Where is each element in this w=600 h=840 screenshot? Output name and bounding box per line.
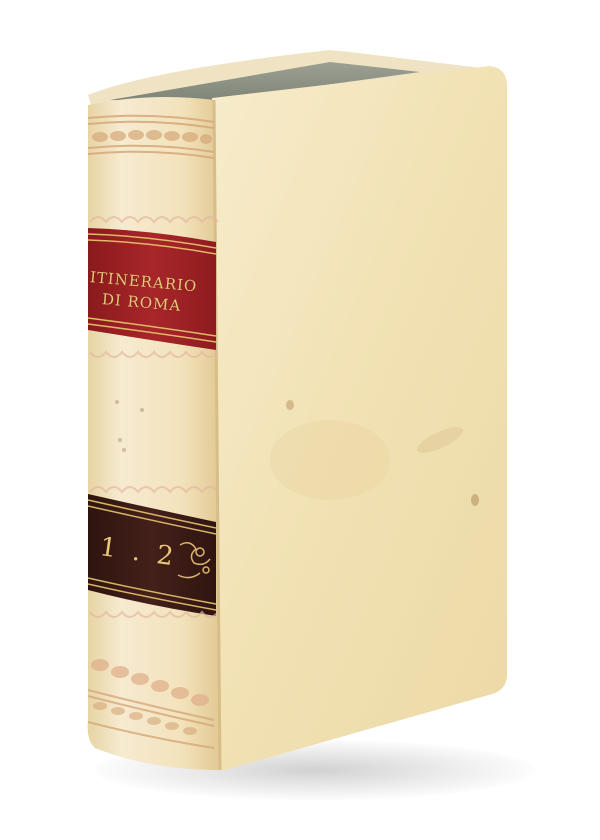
photo-scene: ITINERARIO DI ROMA 1 . 2 xyxy=(0,0,600,840)
book-illustration xyxy=(0,0,600,840)
